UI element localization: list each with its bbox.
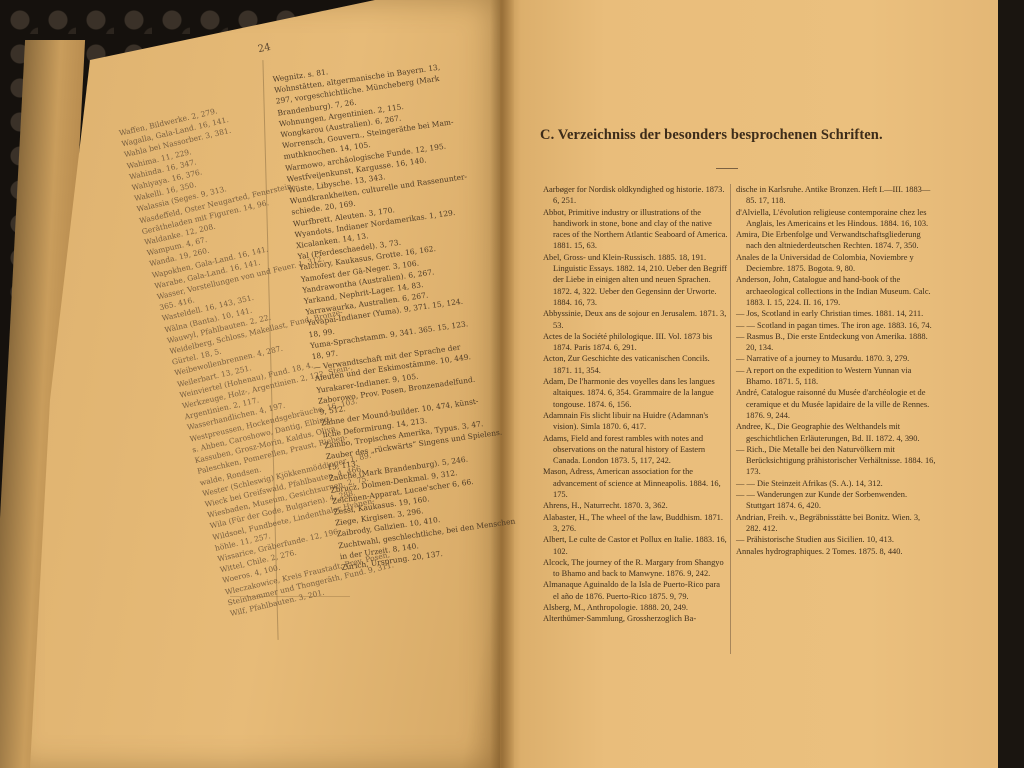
index-entry: Alabaster, H., The wheel of the law, Bud…	[543, 512, 728, 535]
index-entry: — — Die Steinzeit Afrikas (S. A.). 14, 3…	[736, 478, 936, 489]
index-entry: Ahrens, H., Naturrecht. 1870. 3, 362.	[543, 500, 728, 511]
index-entry: — A report on the expedition to Western …	[736, 365, 936, 388]
section-title: C. Verzeichniss der besonders besprochen…	[540, 127, 940, 144]
index-entry: Acton, Zur Geschichte des vaticanischen …	[543, 353, 728, 376]
index-entry: — Rasmus B., Die erste Entdeckung von Am…	[736, 331, 936, 354]
index-entry: Alterthümer-Sammlung, Grossherzoglich Ba…	[543, 613, 728, 624]
index-entry: — — Wanderungen zur Kunde der Sorbenwend…	[736, 489, 936, 512]
index-entry: Actes de la Société philologique. III. V…	[543, 331, 728, 354]
index-entry: Annales hydrographiques. 2 Tomes. 1875. …	[736, 546, 936, 557]
index-entry: Albert, Le culte de Castor et Pollux en …	[543, 534, 728, 557]
index-entry: Mason, Adress, American association for …	[543, 466, 728, 500]
index-entry: Aarbøger for Nordisk oldkyndighed og his…	[543, 184, 728, 207]
index-entry: Andrian, Freih. v., Begräbnisstätte bei …	[736, 512, 936, 535]
bibliography-column-b: dische in Karlsruhe. Antike Bronzen. Hef…	[736, 184, 936, 557]
index-entry: Adams, Field and forest rambles with not…	[543, 433, 728, 467]
column-divider	[730, 184, 731, 654]
index-entry: — Rich., Die Metalle bei den Naturvölker…	[736, 444, 936, 478]
index-entry: Abbyssinie, Deux ans de sojour en Jerusa…	[543, 308, 728, 331]
background-edge	[998, 0, 1024, 768]
index-entry: d'Alviella, L'évolution religieuse conte…	[736, 207, 936, 230]
index-entry: — Prähistorische Studien aus Sicilien. 1…	[736, 534, 936, 545]
index-entry: — Narrative of a journey to Musardu. 187…	[736, 353, 936, 364]
index-entry: Anales de la Universidad de Colombia, No…	[736, 252, 936, 275]
index-entry: Anderson, John, Catalogue and hand-book …	[736, 274, 936, 308]
index-entry: — — Scotland in pagan times. The iron ag…	[736, 320, 936, 331]
index-entry: Amira, Die Erbenfolge und Verwandtschaft…	[736, 229, 936, 252]
index-entry: Adam, De l'harmonie des voyelles dans le…	[543, 376, 728, 410]
index-entry: Abbot, Primitive industry or illustratio…	[543, 207, 728, 252]
index-entry: Alcock, The journey of the R. Margary fr…	[543, 557, 728, 580]
index-entry: Alsberg, M., Anthropologie. 1888. 20, 24…	[543, 602, 728, 613]
bibliography-column-a: Aarbøger for Nordisk oldkyndighed og his…	[543, 184, 728, 625]
title-rule	[716, 168, 738, 169]
index-entry: Adamnain Fis slicht libuir na Huidre (Ad…	[543, 410, 728, 433]
index-entry: Andree, K., Die Geographie des Welthande…	[736, 421, 936, 444]
index-entry: — Jos, Scotland in early Christian times…	[736, 308, 936, 319]
index-entry: André, Catalogue raisonné du Musée d'arc…	[736, 387, 936, 421]
index-entry: dische in Karlsruhe. Antike Bronzen. Hef…	[736, 184, 936, 207]
index-entry: Almanaque Aguinaldo de la Isla de Puerto…	[543, 579, 728, 602]
index-entry: Abel, Gross- und Klein-Russisch. 1885. 1…	[543, 252, 728, 308]
